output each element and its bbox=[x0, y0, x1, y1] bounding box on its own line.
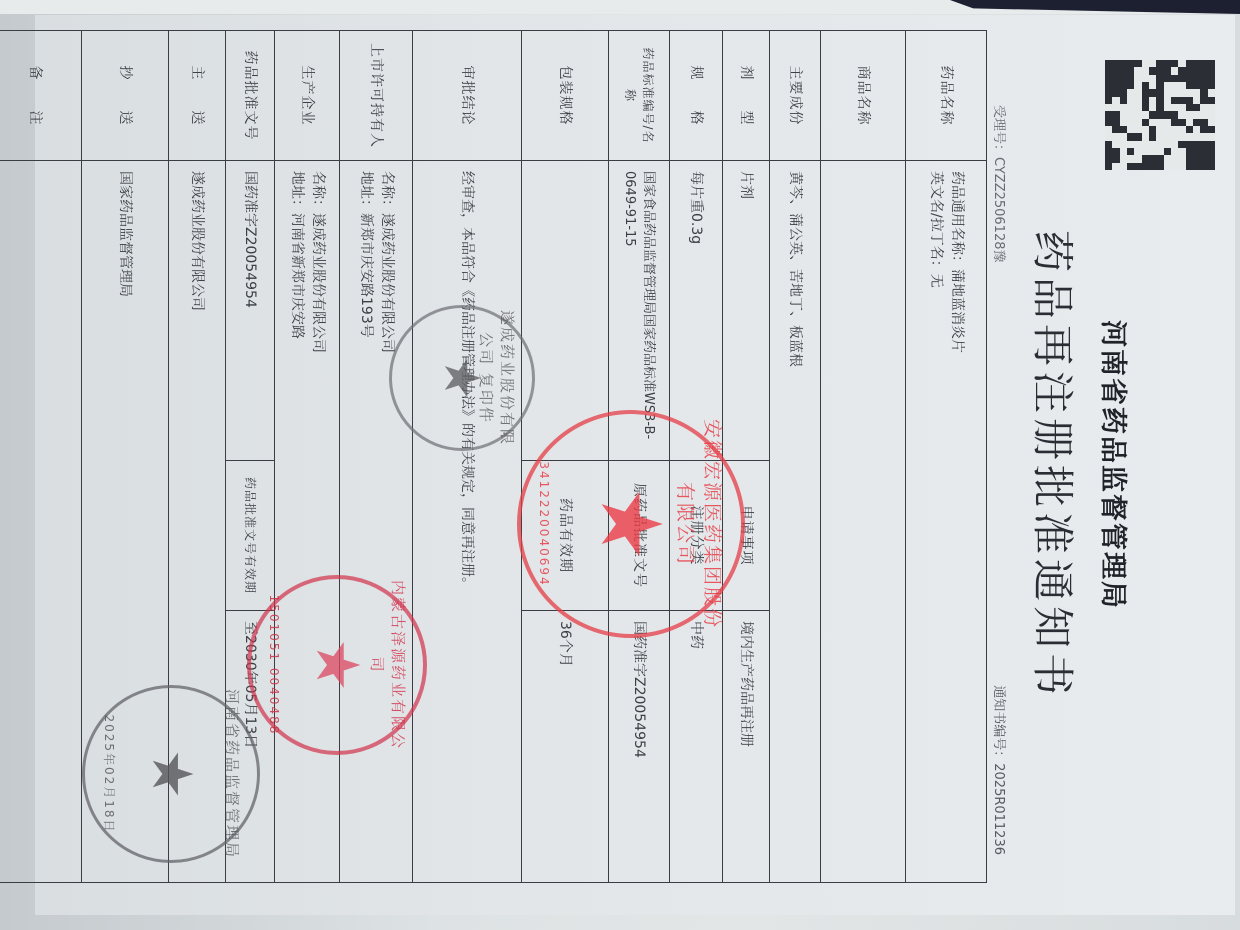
conclusion-label: 审批结论 bbox=[413, 31, 522, 161]
approval-validity-value: 至2030年05月13日 bbox=[226, 611, 275, 883]
dosage-form-value: 片剂 bbox=[723, 161, 770, 461]
table-row: 规 格 每片重0.3g 注册分类 中药 bbox=[670, 31, 723, 883]
table-row: 药品标准编号/名称 国家食品药品监督管理局国家药品标准WS3-B-0649-91… bbox=[609, 31, 670, 883]
ingredients-label: 主要成份 bbox=[770, 31, 821, 161]
manufacturer-value: 名称：遂成药业股份有限公司 地址：河南省新郑市庆安路 bbox=[275, 161, 340, 883]
remarks-value bbox=[0, 161, 82, 883]
ingredients-value: 黄芩、蒲公英、苦地丁、板蓝根 bbox=[770, 161, 821, 883]
notice-number: 通知书编号：2025R011236 bbox=[991, 685, 1010, 855]
conclusion-value: 经审查，本品符合《药品注册管理办法》的有关规定，同意再注册。 bbox=[413, 161, 522, 883]
spec-label: 规 格 bbox=[670, 31, 723, 161]
table-row: 药品批准文号 国药准字Z20054954 药品批准文号有效期 至2030年05月… bbox=[226, 31, 275, 883]
mah-name: 名称：遂成药业股份有限公司 bbox=[376, 171, 397, 872]
drug-name-value: 药品通用名称：蒲地蓝消炎片 英文名/拉丁名：无 bbox=[906, 161, 987, 883]
registration-table: 药品名称 药品通用名称：蒲地蓝消炎片 英文名/拉丁名：无 商品名称 主要成份 黄… bbox=[0, 30, 987, 883]
cc-label: 抄 送 bbox=[82, 31, 169, 161]
application-type-label: 申请事项 bbox=[723, 461, 770, 611]
main-recipient-value: 遂成药业股份有限公司 bbox=[169, 161, 226, 883]
manufacturer-name: 名称：遂成药业股份有限公司 bbox=[307, 171, 328, 872]
package-label: 包装规格 bbox=[522, 31, 609, 161]
trade-name-value bbox=[821, 161, 906, 883]
dosage-form-label: 剂 型 bbox=[723, 31, 770, 161]
issuing-agency: 河南省药品监督管理局 bbox=[1096, 15, 1135, 915]
remarks-label: 备 注 bbox=[0, 31, 82, 161]
manufacturer-label: 生产企业 bbox=[275, 31, 340, 161]
registration-class-value: 中药 bbox=[670, 611, 723, 883]
approval-no-value: 国药准字Z20054954 bbox=[226, 161, 275, 461]
standard-label: 药品标准编号/名称 bbox=[609, 31, 670, 161]
table-row: 审批结论 经审查，本品符合《药品注册管理办法》的有关规定，同意再注册。 bbox=[413, 31, 522, 883]
registration-class-label: 注册分类 bbox=[670, 461, 723, 611]
mah-label: 上市许可持有人 bbox=[340, 31, 413, 161]
receipt-number: 受理号：CYZZ2506128豫 bbox=[991, 105, 1010, 263]
drug-name-label: 药品名称 bbox=[906, 31, 987, 161]
document-title: 药品再注册批准通知书 bbox=[1025, 15, 1085, 915]
orig-approval-label: 原药品批准文号 bbox=[609, 461, 670, 611]
mah-value: 名称：遂成药业股份有限公司 地址：新郑市庆安路193号 bbox=[340, 161, 413, 883]
package-value bbox=[522, 161, 609, 461]
table-row: 包装规格 药品有效期 36个月 bbox=[522, 31, 609, 883]
orig-approval-value: 国药准字Z20054954 bbox=[609, 611, 670, 883]
standard-value: 国家食品药品监督管理局国家药品标准WS3-B-0649-91-15 bbox=[609, 161, 670, 461]
table-row: 主 送 遂成药业股份有限公司 bbox=[169, 31, 226, 883]
table-row: 商品名称 bbox=[821, 31, 906, 883]
approval-no-label: 药品批准文号 bbox=[226, 31, 275, 161]
validity-value: 36个月 bbox=[522, 611, 609, 883]
cc-value: 国家药品监督管理局 bbox=[82, 161, 169, 883]
table-row: 抄 送 国家药品监督管理局 bbox=[82, 31, 169, 883]
mah-address: 地址：新郑市庆安路193号 bbox=[355, 171, 376, 872]
generic-name: 药品通用名称：蒲地蓝消炎片 bbox=[946, 171, 967, 872]
english-name: 英文名/拉丁名：无 bbox=[925, 171, 946, 872]
table-row: 剂 型 片剂 申请事项 境内生产药品再注册 bbox=[723, 31, 770, 883]
approval-notice-document: 河南省药品监督管理局 药品再注册批准通知书 受理号：CYZZ2506128豫 通… bbox=[35, 15, 1235, 915]
table-row: 主要成份 黄芩、蒲公英、苦地丁、板蓝根 bbox=[770, 31, 821, 883]
main-recipient-label: 主 送 bbox=[169, 31, 226, 161]
validity-label: 药品有效期 bbox=[522, 461, 609, 611]
table-row: 生产企业 名称：遂成药业股份有限公司 地址：河南省新郑市庆安路 bbox=[275, 31, 340, 883]
table-row: 上市许可持有人 名称：遂成药业股份有限公司 地址：新郑市庆安路193号 bbox=[340, 31, 413, 883]
trade-name-label: 商品名称 bbox=[821, 31, 906, 161]
table-row: 备 注 bbox=[0, 31, 82, 883]
table-row: 药品名称 药品通用名称：蒲地蓝消炎片 英文名/拉丁名：无 bbox=[906, 31, 987, 883]
spec-value: 每片重0.3g bbox=[670, 161, 723, 461]
approval-validity-label: 药品批准文号有效期 bbox=[226, 461, 275, 611]
application-type-value: 境内生产药品再注册 bbox=[723, 611, 770, 883]
manufacturer-address: 地址：河南省新郑市庆安路 bbox=[286, 171, 307, 872]
